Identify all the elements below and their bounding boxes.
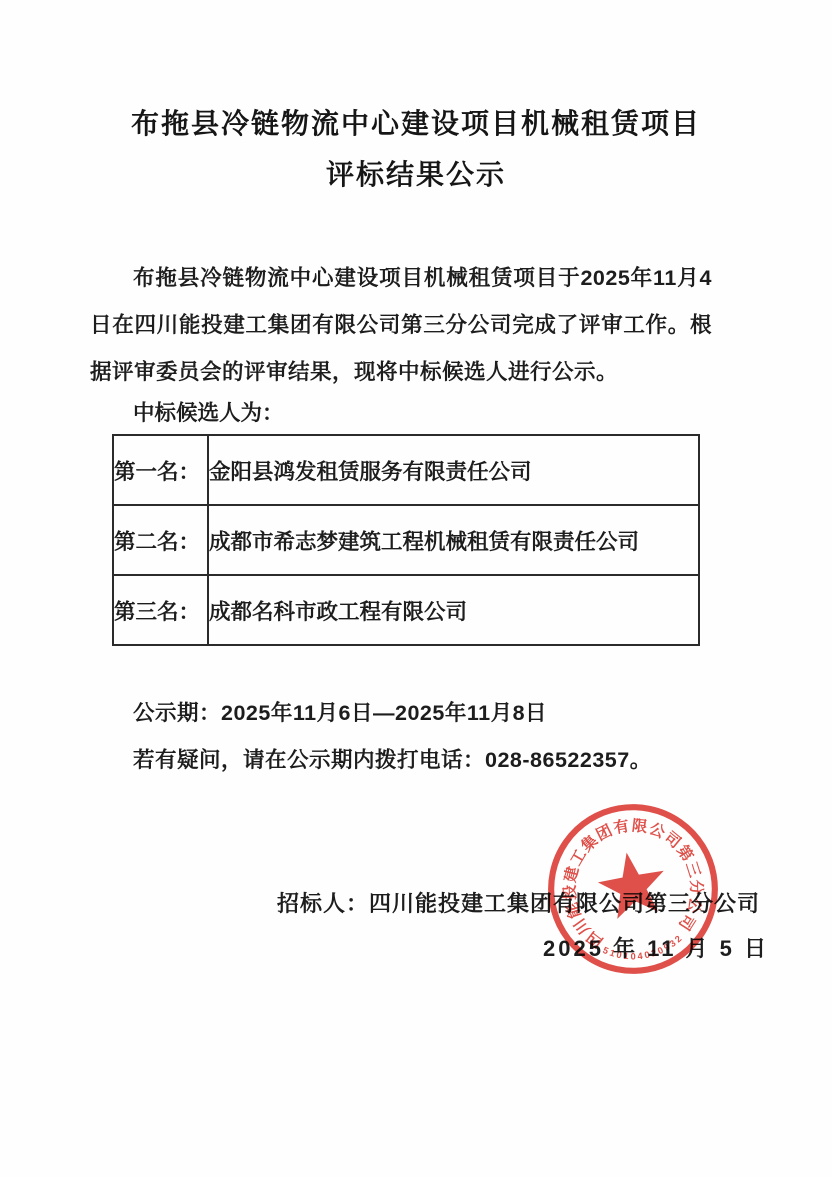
- rank-cell-first: 第一名：: [113, 435, 208, 505]
- table-row: 第二名： 成都市希志梦建筑工程机械租赁有限责任公司: [113, 505, 699, 575]
- company-cell-second: 成都市希志梦建筑工程机械租赁有限责任公司: [208, 505, 699, 575]
- document-title-line1: 布拖县冷链物流中心建设项目机械租赁项目: [0, 102, 832, 142]
- intro-paragraph: 布拖县冷链物流中心建设项目机械租赁项目于2025年11月4日在四川能投建工集团有…: [90, 255, 712, 396]
- candidates-label: 中标候选人为：: [90, 396, 284, 427]
- rank-cell-third: 第三名：: [113, 575, 208, 645]
- announcement-document: 布拖县冷链物流中心建设项目机械租赁项目 评标结果公示 布拖县冷链物流中心建设项目…: [0, 0, 832, 1177]
- document-date: 2025 年 11 月 5 日: [543, 932, 769, 963]
- table-row: 第三名： 成都名科市政工程有限公司: [113, 575, 699, 645]
- company-cell-first: 金阳县鸿发租赁服务有限责任公司: [208, 435, 699, 505]
- inquiry-phone-line: 若有疑问，请在公示期内拨打电话：028-86522357。: [90, 743, 652, 774]
- candidates-table: 第一名： 金阳县鸿发租赁服务有限责任公司 第二名： 成都市希志梦建筑工程机械租赁…: [112, 434, 700, 646]
- publicity-period: 公示期：2025年11月6日—2025年11月8日: [90, 696, 547, 727]
- tenderer-line: 招标人：四川能投建工集团有限公司第三分公司: [277, 887, 760, 918]
- document-title-line2: 评标结果公示: [0, 153, 832, 193]
- rank-cell-second: 第二名：: [113, 505, 208, 575]
- table-row: 第一名： 金阳县鸿发租赁服务有限责任公司: [113, 435, 699, 505]
- company-cell-third: 成都名科市政工程有限公司: [208, 575, 699, 645]
